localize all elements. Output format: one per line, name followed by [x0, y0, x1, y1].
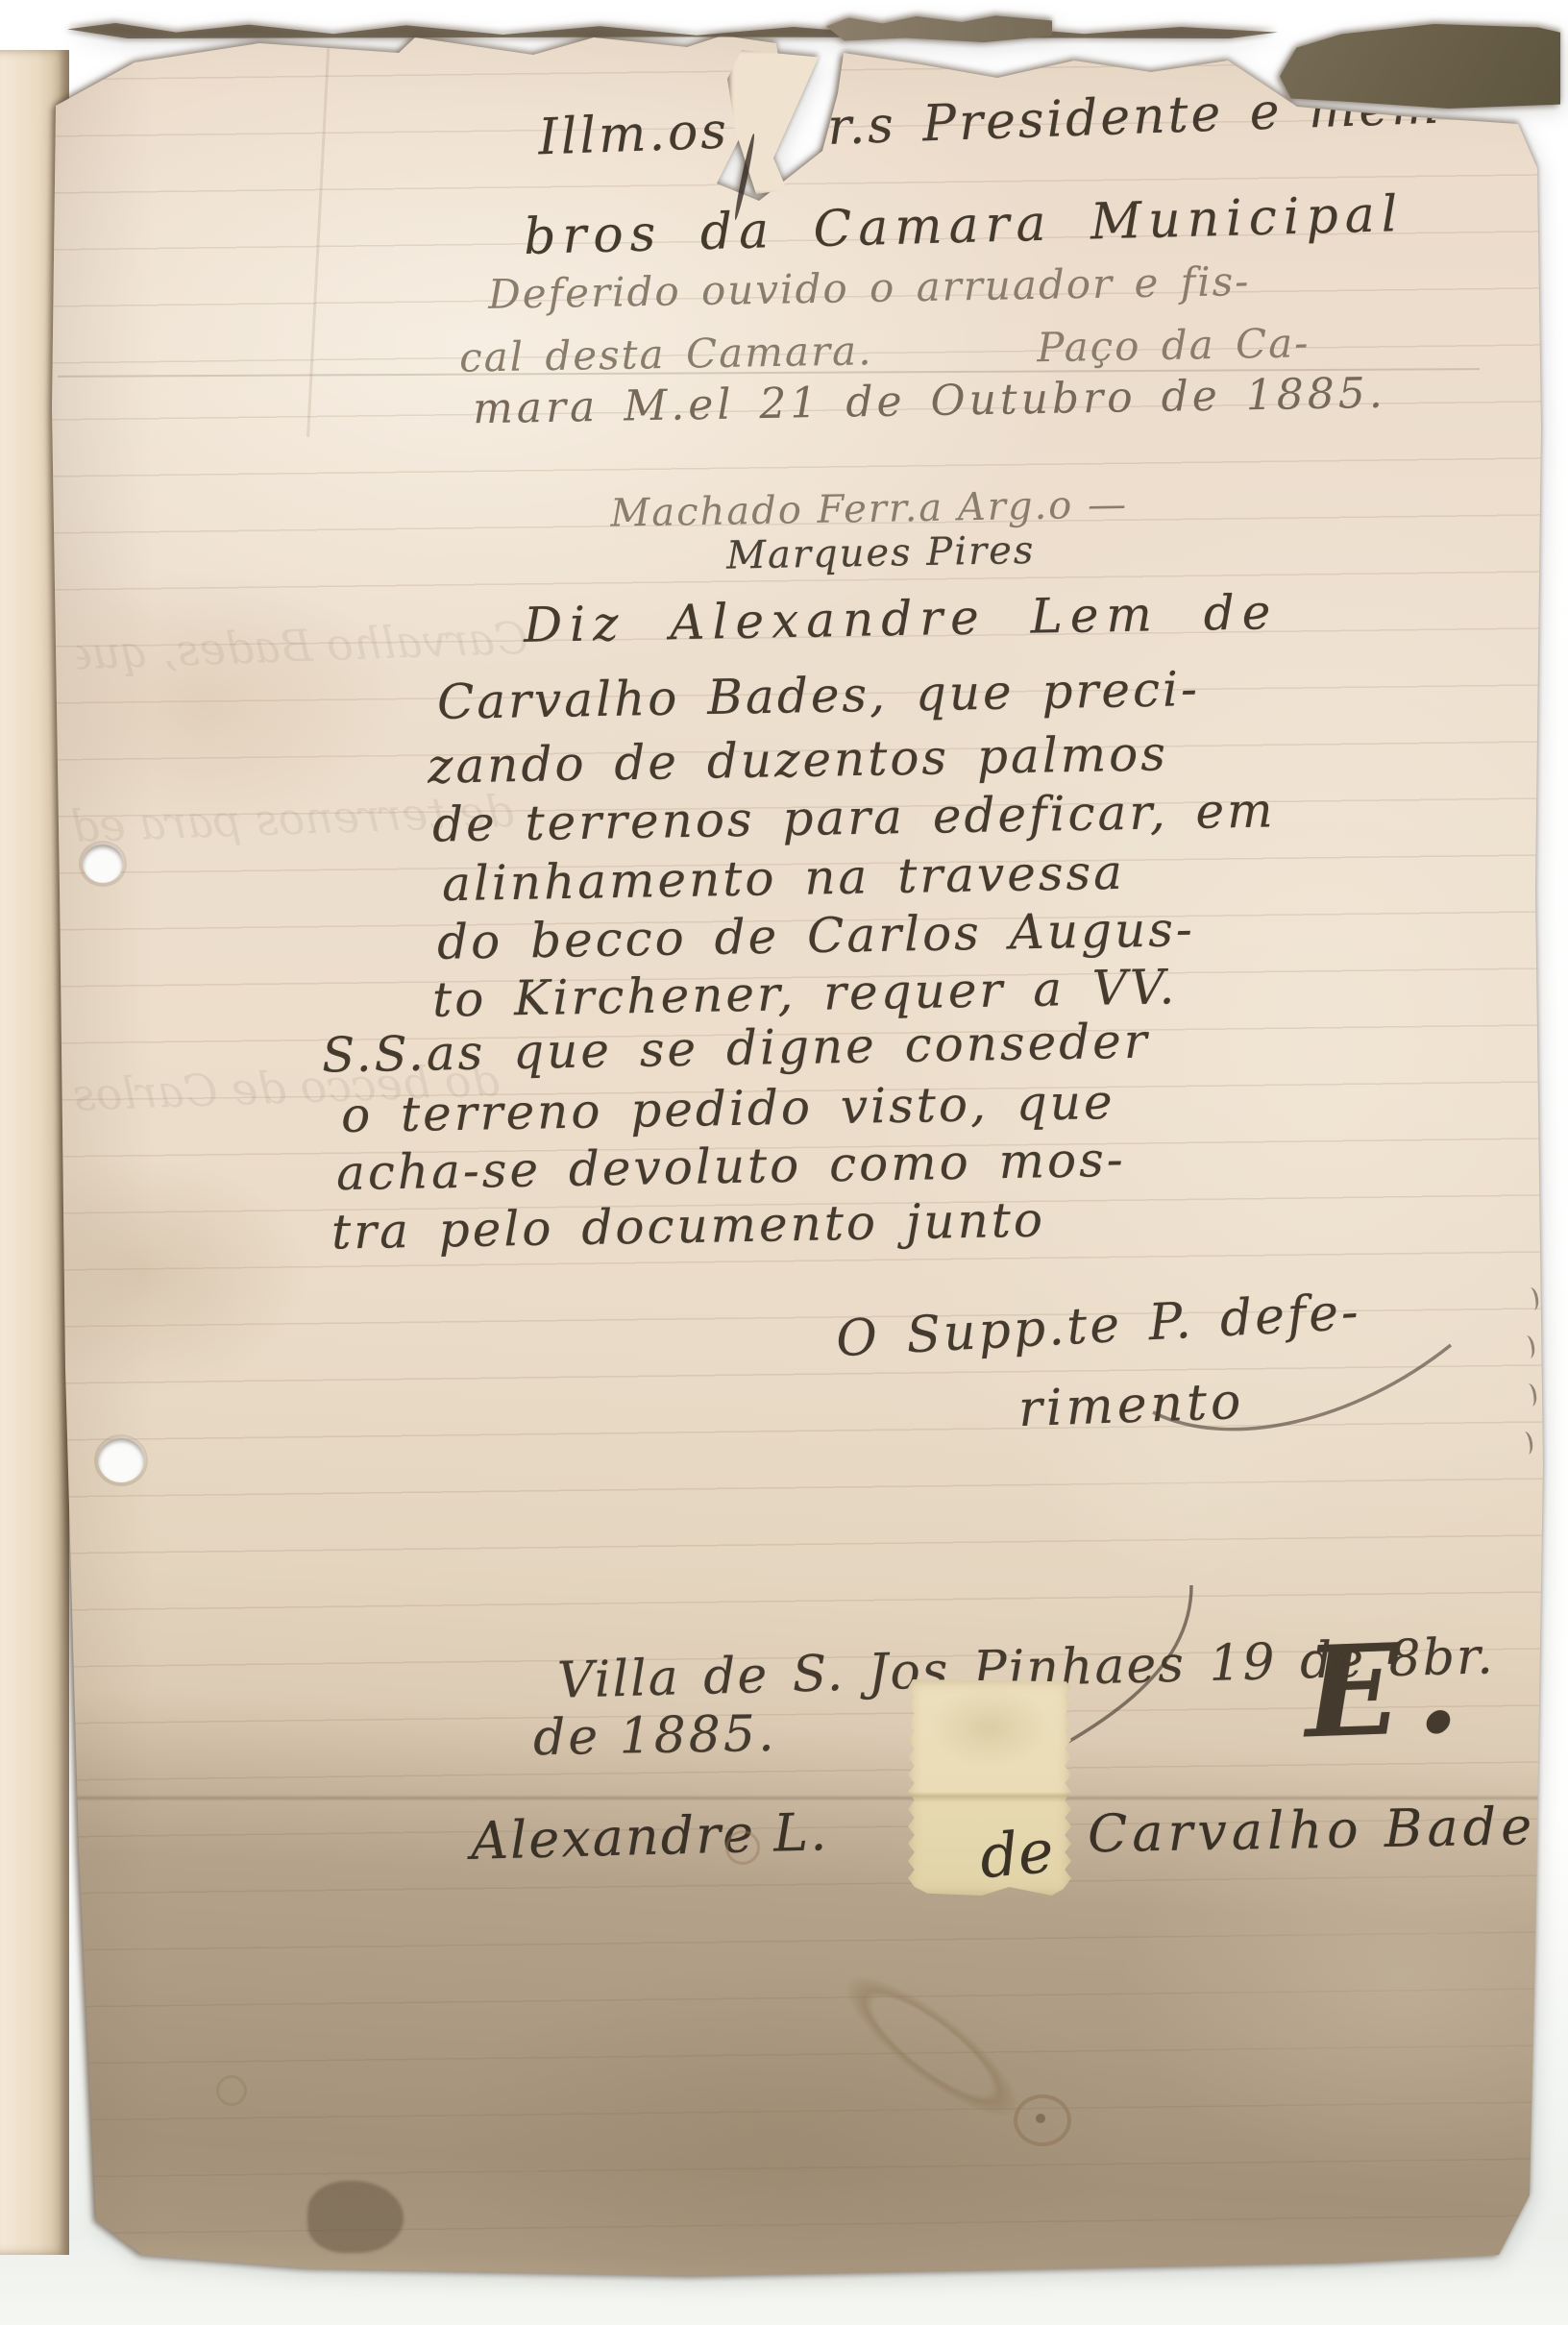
torn-corner-backing: [1280, 24, 1560, 109]
signature-part-1: Alexandre L.: [470, 1801, 829, 1872]
dateline-2: de 1885.: [532, 1705, 776, 1767]
torn-edge-backing: [826, 13, 1052, 42]
document-photo: Carvalho Bades, que preci- de terrenos p…: [0, 0, 1568, 2325]
manuscript-paper: Carvalho Bades, que preci- de terrenos p…: [19, 24, 1555, 2296]
punch-hole: [83, 844, 123, 883]
dispatch-signature-machado: Machado Ferr.a Arg.o —: [610, 482, 1128, 535]
dispatch-signature-marques: Marques Pires: [726, 528, 1036, 578]
signature-part-3: Carvalho Bades: [1087, 1796, 1568, 1865]
petition-line: alinhamento na travessa: [442, 844, 1126, 912]
stain-mark: [725, 1830, 760, 1865]
paper-wrap: Carvalho Bades, que preci- de terrenos p…: [0, 0, 1568, 2325]
torn-edge-backing: [67, 23, 1278, 38]
signature-part-2-on-stamp: de: [977, 1816, 1056, 1892]
stain-mark: [216, 2075, 247, 2106]
punch-hole: [98, 1438, 144, 1482]
stain-mark: [307, 2181, 404, 2253]
